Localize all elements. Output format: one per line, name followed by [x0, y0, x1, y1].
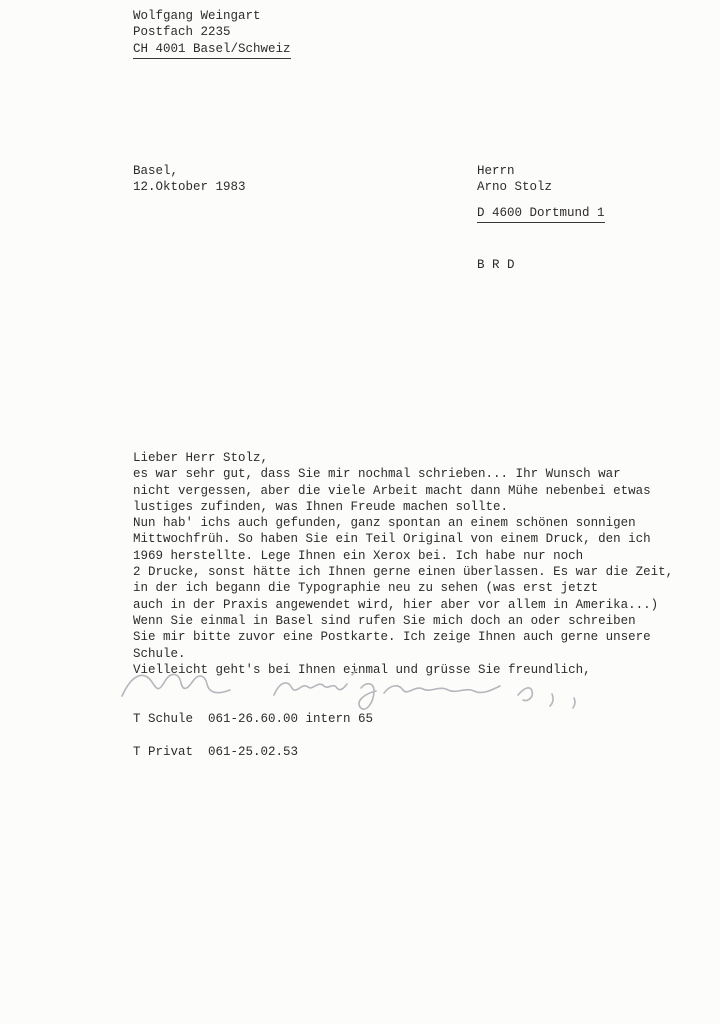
recipient-name: Arno Stolz — [477, 179, 605, 195]
body-line: 1969 herstellte. Lege Ihnen ein Xerox be… — [133, 548, 673, 564]
dateline: Basel, 12.Oktober 1983 — [133, 163, 246, 196]
letter-page: Wolfgang Weingart Postfach 2235 CH 4001 … — [0, 0, 720, 1024]
sender-city: CH 4001 Basel/Schweiz — [133, 41, 291, 59]
body-line: Schule. — [133, 646, 673, 662]
recipient-country: B R D — [477, 257, 605, 273]
body-line: Lieber Herr Stolz, — [133, 450, 673, 466]
dateline-date: 12.Oktober 1983 — [133, 179, 246, 195]
phone-school-line: T Schule 061-26.60.00 intern 65 — [133, 711, 373, 727]
sender-name: Wolfgang Weingart — [133, 8, 291, 24]
phone-school: T Schule 061-26.60.00 intern 65 — [133, 711, 373, 727]
handwritten-signature — [116, 662, 588, 714]
spacer — [477, 223, 605, 240]
phone-private: T Privat 061-25.02.53 — [133, 744, 298, 760]
body-line: Sie mir bitte zuvor eine Postkarte. Ich … — [133, 629, 673, 645]
spacer — [477, 240, 605, 257]
body-line: Nun hab' ichs auch gefunden, ganz sponta… — [133, 515, 673, 531]
letter-body: Lieber Herr Stolz, es war sehr gut, dass… — [133, 450, 673, 678]
body-line: Wenn Sie einmal in Basel sind rufen Sie … — [133, 613, 673, 629]
body-line: nicht vergessen, aber die viele Arbeit m… — [133, 483, 673, 499]
body-line: Mittwochfrüh. So haben Sie ein Teil Orig… — [133, 531, 673, 547]
spacer — [477, 196, 605, 205]
body-line: auch in der Praxis angewendet wird, hier… — [133, 597, 673, 613]
recipient-salutation: Herrn — [477, 163, 605, 179]
dateline-city: Basel, — [133, 163, 246, 179]
phone-private-line: T Privat 061-25.02.53 — [133, 744, 298, 760]
sender-po-box: Postfach 2235 — [133, 24, 291, 40]
body-line: es war sehr gut, dass Sie mir nochmal sc… — [133, 466, 673, 482]
recipient-street-city: D 4600 Dortmund 1 — [477, 205, 605, 223]
sender-address: Wolfgang Weingart Postfach 2235 CH 4001 … — [133, 8, 291, 59]
body-line: lustiges zufinden, was Ihnen Freude mach… — [133, 499, 673, 515]
body-line: 2 Drucke, sonst hätte ich Ihnen gerne ei… — [133, 564, 673, 580]
body-line: in der ich begann die Typographie neu zu… — [133, 580, 673, 596]
recipient-address: Herrn Arno Stolz D 4600 Dortmund 1 B R D — [477, 163, 605, 273]
